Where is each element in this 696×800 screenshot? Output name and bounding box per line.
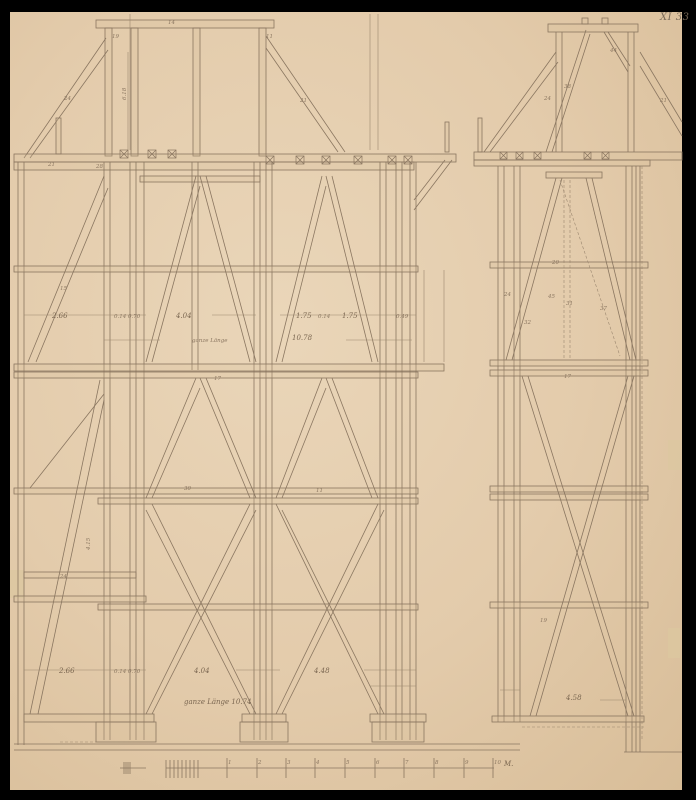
svg-text:15: 15 <box>60 286 67 292</box>
svg-text:0.14: 0.14 <box>114 669 127 675</box>
svg-text:9: 9 <box>465 760 469 766</box>
svg-text:28: 28 <box>95 164 103 170</box>
svg-text:10.78: 10.78 <box>292 334 313 342</box>
svg-text:19: 19 <box>540 618 547 624</box>
side-elevation <box>474 18 682 752</box>
svg-text:0.70: 0.70 <box>128 669 141 675</box>
svg-text:4: 4 <box>315 760 320 766</box>
svg-text:4.48: 4.48 <box>313 667 330 675</box>
svg-text:0.70: 0.70 <box>128 314 141 320</box>
svg-text:2: 2 <box>257 760 262 766</box>
svg-text:1.75: 1.75 <box>296 312 312 320</box>
svg-text:17: 17 <box>214 376 221 382</box>
svg-text:14: 14 <box>168 20 175 26</box>
svg-text:1: 1 <box>228 760 232 766</box>
svg-text:0.14: 0.14 <box>114 314 127 320</box>
svg-text:30: 30 <box>184 486 191 492</box>
front-elevation <box>14 14 520 750</box>
svg-text:8: 8 <box>435 760 439 766</box>
svg-text:11: 11 <box>316 488 323 494</box>
scaffold-elevation-drawing: 2.66 0.14 0.70 4.04 1.75 0.14 1.75 0.49 … <box>0 0 696 800</box>
svg-text:21: 21 <box>47 162 55 168</box>
svg-text:21: 21 <box>659 98 667 104</box>
scale-bar-labels: 1 2 3 4 5 6 7 8 9 10 M. <box>228 760 513 768</box>
tape-mark <box>668 628 680 658</box>
tape-mark <box>10 570 24 598</box>
svg-text:32: 32 <box>524 320 531 326</box>
svg-text:5: 5 <box>346 760 350 766</box>
svg-text:20: 20 <box>551 260 559 266</box>
svg-text:38: 38 <box>564 84 571 90</box>
svg-text:4.15: 4.15 <box>86 537 92 551</box>
svg-text:4.04: 4.04 <box>193 667 210 675</box>
svg-text:7: 7 <box>405 760 409 766</box>
svg-text:19: 19 <box>112 34 119 40</box>
svg-text:37: 37 <box>600 306 607 312</box>
svg-text:0.49: 0.49 <box>396 314 409 320</box>
svg-text:1.75: 1.75 <box>342 312 358 320</box>
svg-text:0.14: 0.14 <box>318 314 331 320</box>
svg-text:17: 17 <box>564 374 571 380</box>
svg-text:44: 44 <box>609 48 617 54</box>
svg-text:2.66: 2.66 <box>58 667 75 675</box>
svg-text:3: 3 <box>287 760 291 766</box>
front-elevation-labels: 2.66 0.14 0.70 4.04 1.75 0.14 1.75 0.49 … <box>47 20 409 706</box>
svg-text:24: 24 <box>59 574 67 580</box>
svg-text:4.04: 4.04 <box>175 312 192 320</box>
svg-text:ganze Länge: ganze Länge <box>192 338 228 344</box>
svg-text:6: 6 <box>376 760 380 766</box>
svg-text:11: 11 <box>266 34 273 40</box>
svg-text:24: 24 <box>63 96 71 102</box>
svg-text:10: 10 <box>494 760 501 766</box>
svg-text:6.18: 6.18 <box>122 87 128 100</box>
svg-text:ganze Länge 10.74: ganze Länge 10.74 <box>184 698 251 706</box>
svg-text:45: 45 <box>547 294 555 300</box>
svg-text:24: 24 <box>543 96 551 102</box>
svg-text:M.: M. <box>503 760 513 768</box>
svg-text:2.66: 2.66 <box>51 312 68 320</box>
svg-text:31: 31 <box>566 301 573 307</box>
svg-text:21: 21 <box>299 98 307 104</box>
svg-text:4.58: 4.58 <box>565 694 582 702</box>
svg-text:24: 24 <box>503 292 511 298</box>
tape-mark <box>668 440 680 470</box>
